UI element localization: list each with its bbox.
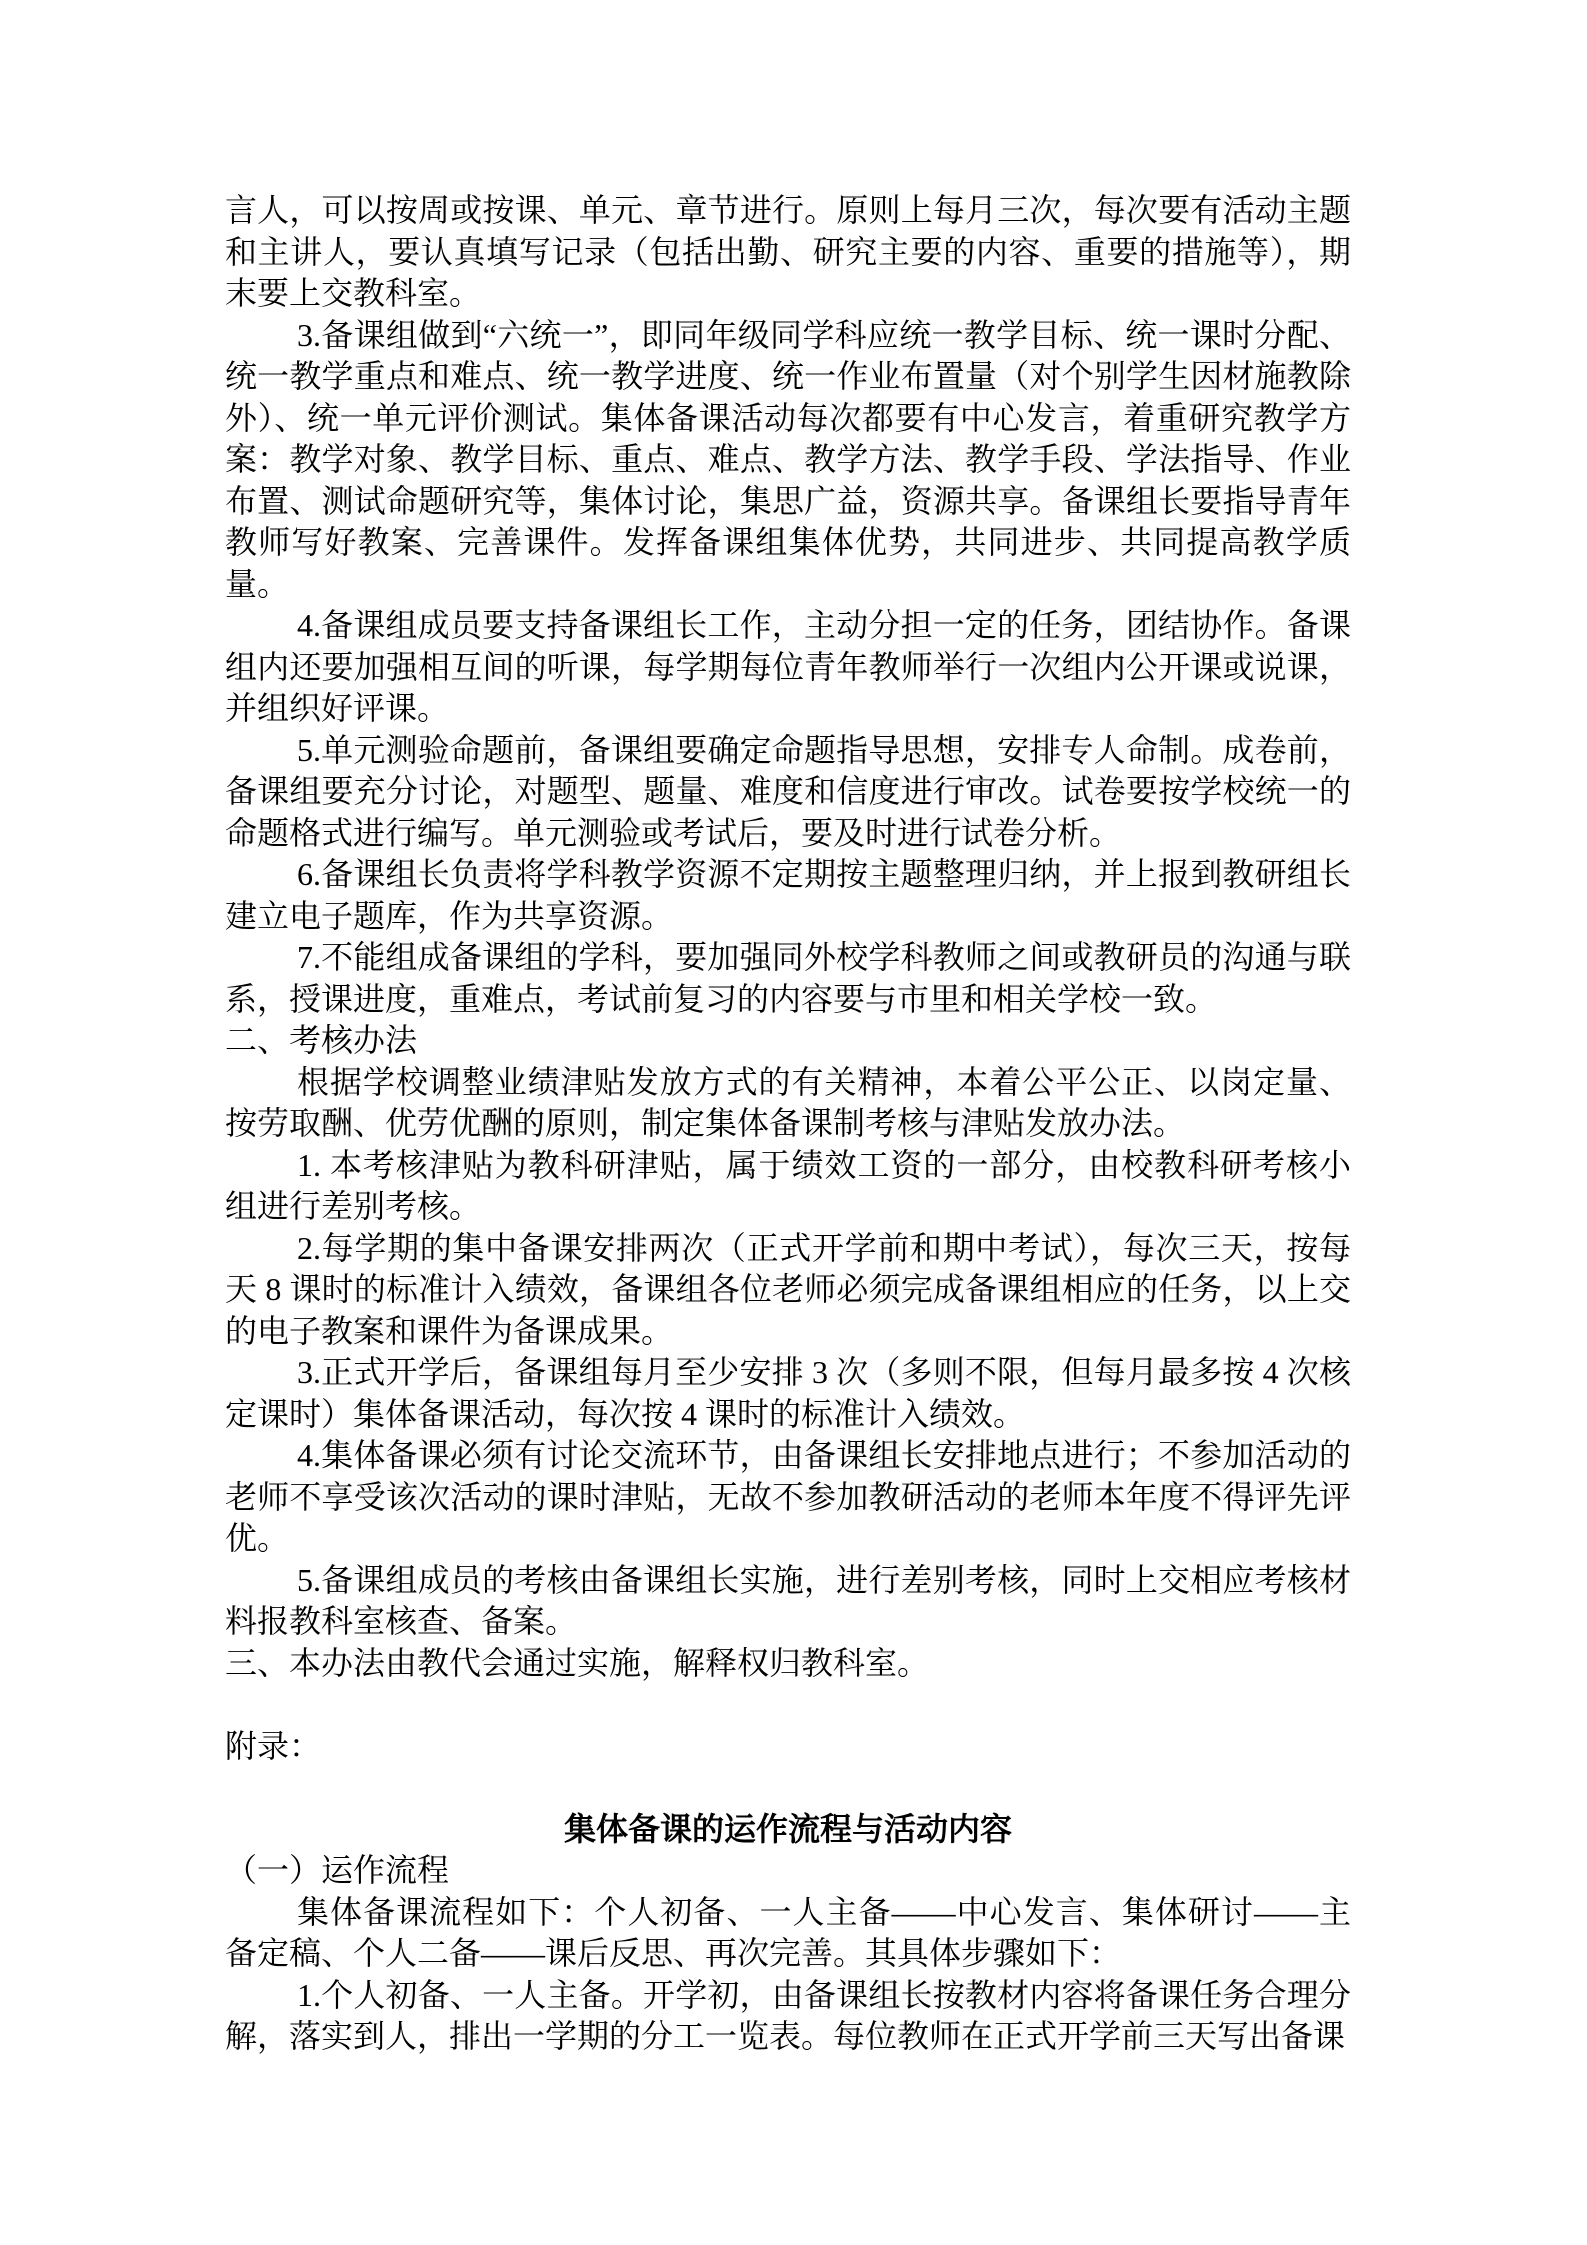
paragraph-4: 5.单元测验命题前，备课组要确定命题指导思想，安排专人命制。成卷前，备课组要充分… <box>225 730 1351 855</box>
paragraph-7: 二、考核办法 <box>225 1020 1351 1062</box>
paragraph-3: 4.备课组成员要支持备课组长工作，主动分担一定的任务，团结协作。备课组内还要加强… <box>225 605 1351 730</box>
paragraph-15-blank-line <box>225 1684 1351 1726</box>
document-body: 言人，可以按周或按课、单元、章节进行。原则上每月三次，每次要有活动主题和主讲人，… <box>225 190 1351 2058</box>
paragraph-13: 5.备课组成员的考核由备课组长实施，进行差别考核，同时上交相应考核材料报教科室核… <box>225 1560 1351 1643</box>
paragraph-10: 2.每学期的集中备课安排两次（正式开学前和期中考试），每次三天，按每天 8 课时… <box>225 1228 1351 1353</box>
paragraph-18-title: 集体备课的运作流程与活动内容 <box>225 1809 1351 1851</box>
paragraph-8: 根据学校调整业绩津贴发放方式的有关精神，本着公平公正、以岗定量、按劳取酬、优劳优… <box>225 1062 1351 1145</box>
paragraph-12: 4.集体备课必须有讨论交流环节，由备课组长安排地点进行；不参加活动的老师不享受该… <box>225 1435 1351 1560</box>
paragraph-11: 3.正式开学后，备课组每月至少安排 3 次（多则不限，但每月最多按 4 次核定课… <box>225 1352 1351 1435</box>
paragraph-9: 1. 本考核津贴为教科研津贴，属于绩效工资的一部分，由校教科研考核小组进行差别考… <box>225 1145 1351 1228</box>
paragraph-17-blank-line <box>225 1767 1351 1809</box>
paragraph-2: 3.备课组做到“六统一”，即同年级同学科应统一教学目标、统一课时分配、统一教学重… <box>225 315 1351 606</box>
paragraph-19: （一）运作流程 <box>225 1850 1351 1892</box>
paragraph-1: 言人，可以按周或按课、单元、章节进行。原则上每月三次，每次要有活动主题和主讲人，… <box>225 190 1351 315</box>
paragraph-16: 附录： <box>225 1726 1351 1768</box>
paragraph-6: 7.不能组成备课组的学科，要加强同外校学科教师之间或教研员的沟通与联系，授课进度… <box>225 937 1351 1020</box>
paragraph-14: 三、本办法由教代会通过实施，解释权归教科室。 <box>225 1643 1351 1685</box>
paragraph-20: 集体备课流程如下：个人初备、一人主备——中心发言、集体研讨——主备定稿、个人二备… <box>225 1892 1351 1975</box>
paragraph-21: 1.个人初备、一人主备。开学初，由备课组长按教材内容将备课任务合理分解，落实到人… <box>225 1975 1351 2058</box>
document-page: 言人，可以按周或按课、单元、章节进行。原则上每月三次，每次要有活动主题和主讲人，… <box>0 0 1587 2245</box>
paragraph-5: 6.备课组长负责将学科教学资源不定期按主题整理归纳，并上报到教研组长建立电子题库… <box>225 854 1351 937</box>
